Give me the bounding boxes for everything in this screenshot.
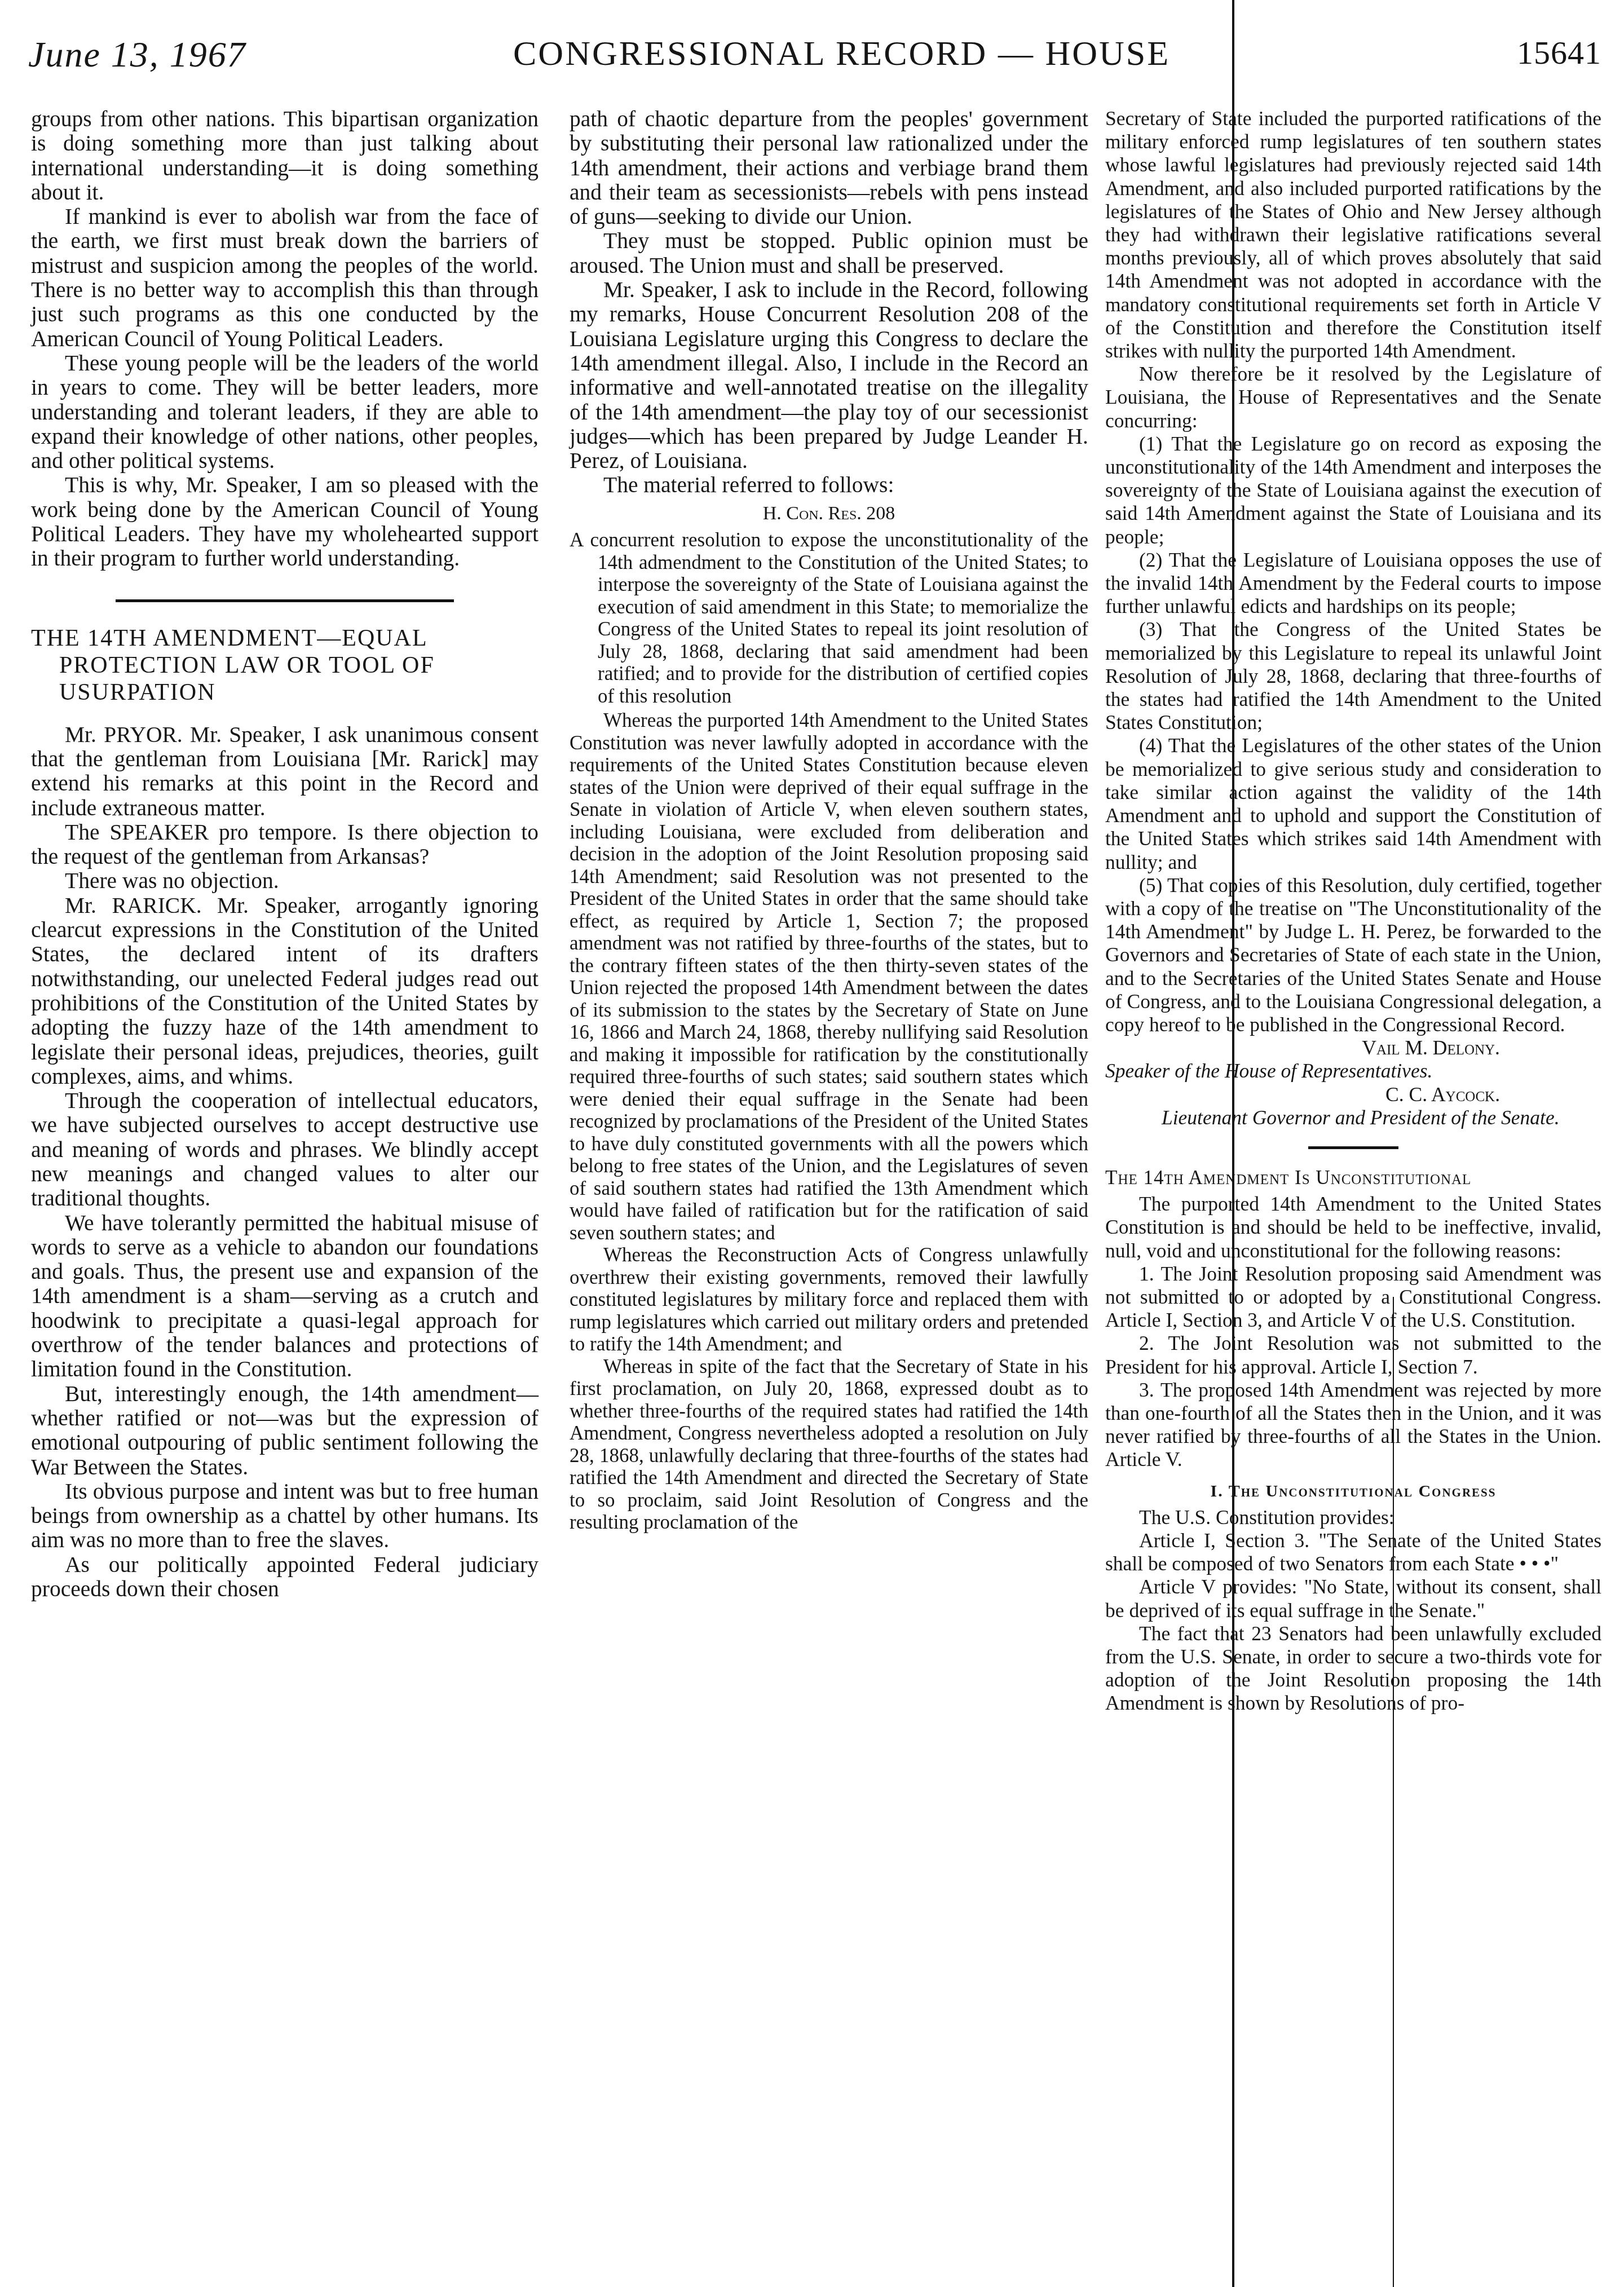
paragraph: As our politically appointed Federal jud… — [31, 1553, 539, 1602]
signature-name: Vail M. Delony. — [1105, 1036, 1601, 1059]
section-heading: The 14th Amendment Is Unconstitutional — [1105, 1166, 1601, 1189]
reason-item: 3. The proposed 14th Amendment was rejec… — [1105, 1379, 1601, 1472]
resolved-clause: (5) That copies of this Resolution, duly… — [1105, 874, 1601, 1036]
paragraph: groups from other nations. This bipartis… — [31, 107, 539, 205]
paragraph: path of chaotic departure from the peopl… — [570, 107, 1088, 229]
signature-title: Speaker of the House of Representatives. — [1105, 1059, 1601, 1083]
paragraph: Its obvious purpose and intent was but t… — [31, 1480, 539, 1553]
column-2: path of chaotic departure from the peopl… — [570, 107, 1088, 1534]
paragraph: Article I, Section 3. "The Senate of the… — [1105, 1529, 1601, 1575]
paragraph: If mankind is ever to abolish war from t… — [31, 205, 539, 351]
page-number: 15641 — [1517, 34, 1601, 72]
paragraph: Through the cooperation of intellectual … — [31, 1089, 539, 1211]
resolved-clause: (4) That the Legislatures of the other s… — [1105, 734, 1601, 873]
signature-title: Lieutenant Governor and President of the… — [1105, 1106, 1601, 1129]
newspaper-page: June 13, 1967 CONGRESSIONAL RECORD — HOU… — [0, 0, 1624, 2287]
paragraph: The purported 14th Amendment to the Unit… — [1105, 1193, 1601, 1262]
paragraph: This is why, Mr. Speaker, I am so please… — [31, 473, 539, 571]
paragraph: The SPEAKER pro tempore. Is there object… — [31, 820, 539, 869]
whereas-clause: Whereas the purported 14th Amendment to … — [570, 709, 1088, 1244]
section-divider — [116, 599, 454, 602]
paragraph: These young people will be the leaders o… — [31, 351, 539, 473]
resolved-clause: (2) That the Legislature of Louisiana op… — [1105, 549, 1601, 619]
resolved-clause: (3) That the Congress of the United Stat… — [1105, 618, 1601, 734]
resolution-title: H. Con. Res. 208 — [570, 501, 1088, 526]
article-headline: THE 14TH AMENDMENT—EQUAL PROTECTION LAW … — [31, 625, 539, 706]
page-header: June 13, 1967 CONGRESSIONAL RECORD — HOU… — [28, 34, 1601, 101]
publication-title: CONGRESSIONAL RECORD — HOUSE — [513, 34, 1170, 74]
section-divider — [1308, 1146, 1398, 1149]
paragraph: Secretary of State included the purporte… — [1105, 107, 1601, 363]
reason-item: 1. The Joint Resolution proposing said A… — [1105, 1262, 1601, 1332]
column-1: groups from other nations. This bipartis… — [31, 107, 539, 1601]
paragraph: But, interestingly enough, the 14th amen… — [31, 1382, 539, 1480]
resolution-summary: A concurrent resolution to expose the un… — [570, 529, 1088, 707]
issue-date: June 13, 1967 — [28, 34, 246, 76]
paragraph: Mr. PRYOR. Mr. Speaker, I ask unanimous … — [31, 723, 539, 820]
subsection-heading: I. The Unconstitutional Congress — [1105, 1480, 1601, 1503]
whereas-clause: Whereas in spite of the fact that the Se… — [570, 1356, 1088, 1534]
reason-item: 2. The Joint Resolution was not submitte… — [1105, 1332, 1601, 1378]
paragraph: The U.S. Constitution provides: — [1105, 1506, 1601, 1529]
column-3: Secretary of State included the purporte… — [1105, 107, 1601, 1715]
paragraph: Now therefore be it resolved by the Legi… — [1105, 363, 1601, 432]
paragraph: The material referred to follows: — [570, 473, 1088, 497]
paragraph: There was no objection. — [31, 869, 539, 893]
paragraph: Article V provides: "No State, without i… — [1105, 1575, 1601, 1622]
resolved-clause: (1) That the Legislature go on record as… — [1105, 432, 1601, 549]
whereas-clause: Whereas the Reconstruction Acts of Congr… — [570, 1244, 1088, 1356]
paragraph: Mr. RARICK. Mr. Speaker, arrogantly igno… — [31, 894, 539, 1089]
paragraph: We have tolerantly permitted the habitua… — [31, 1211, 539, 1382]
paragraph: They must be stopped. Public opinion mus… — [570, 229, 1088, 278]
signature-name: C. C. Aycock. — [1105, 1083, 1601, 1106]
paragraph: The fact that 23 Senators had been unlaw… — [1105, 1622, 1601, 1715]
paragraph: Mr. Speaker, I ask to include in the Rec… — [570, 278, 1088, 473]
